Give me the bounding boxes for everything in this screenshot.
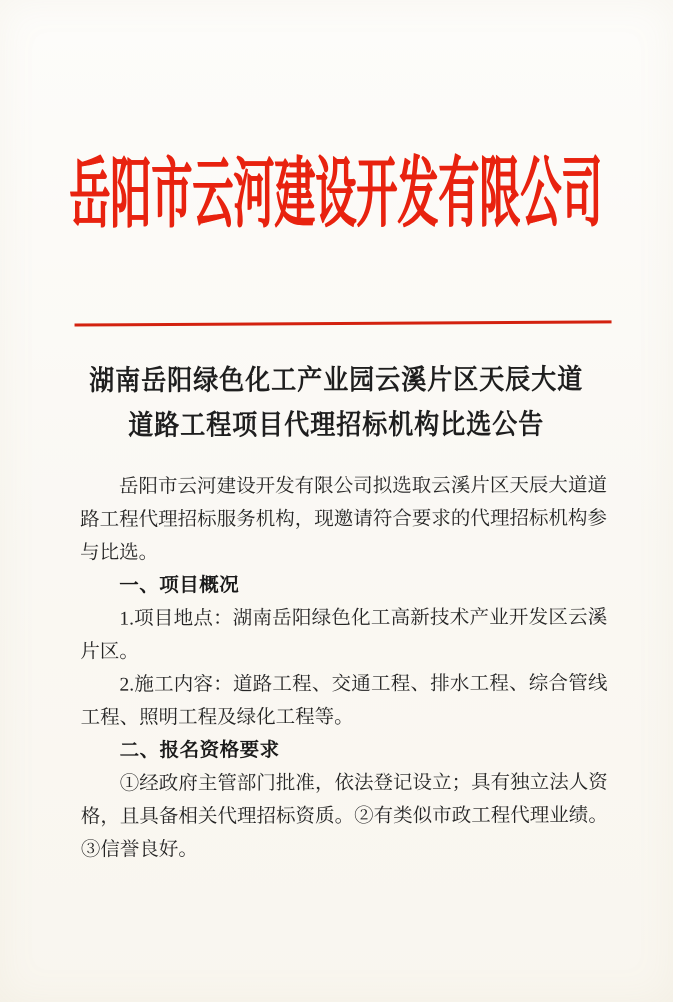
document-body: 岳阳市云河建设开发有限公司拟选取云溪片区天辰大道道路工程代理招标服务机构，现邀请… <box>80 469 608 866</box>
section-2-heading: 二、报名资格要求 <box>81 733 608 767</box>
intro-paragraph: 岳阳市云河建设开发有限公司拟选取云溪片区天辰大道道路工程代理招标服务机构，现邀请… <box>80 469 607 569</box>
qualification-paragraph: ①经政府主管部门批准，依法登记设立；具有独立法人资格，且具备相关代理招标资质。②… <box>81 766 608 866</box>
document-title-line1: 湖南岳阳绿色化工产业园云溪片区天辰大道 <box>0 358 673 405</box>
company-letterhead: 岳阳市云河建设开发有限公司 <box>0 155 672 234</box>
document-title-line2: 道路工程项目代理招标机构比选公告 <box>0 403 673 450</box>
scanned-page-content: 岳阳市云河建设开发有限公司 湖南岳阳绿色化工产业园云溪片区天辰大道 道路工程项目… <box>0 0 673 1002</box>
document-title: 湖南岳阳绿色化工产业园云溪片区天辰大道 道路工程项目代理招标机构比选公告 <box>0 358 673 449</box>
document-page: 岳阳市云河建设开发有限公司 湖南岳阳绿色化工产业园云溪片区天辰大道 道路工程项目… <box>0 0 673 1002</box>
letterhead-divider-rule <box>75 320 612 326</box>
project-location-paragraph: 1.项目地点：湖南岳阳绿色化工高新技术产业开发区云溪片区。 <box>80 601 607 668</box>
section-1-heading: 一、项目概况 <box>80 568 607 602</box>
construction-content-paragraph: 2.施工内容：道路工程、交通工程、排水工程、综合管线工程、照明工程及绿化工程等。 <box>80 667 607 734</box>
